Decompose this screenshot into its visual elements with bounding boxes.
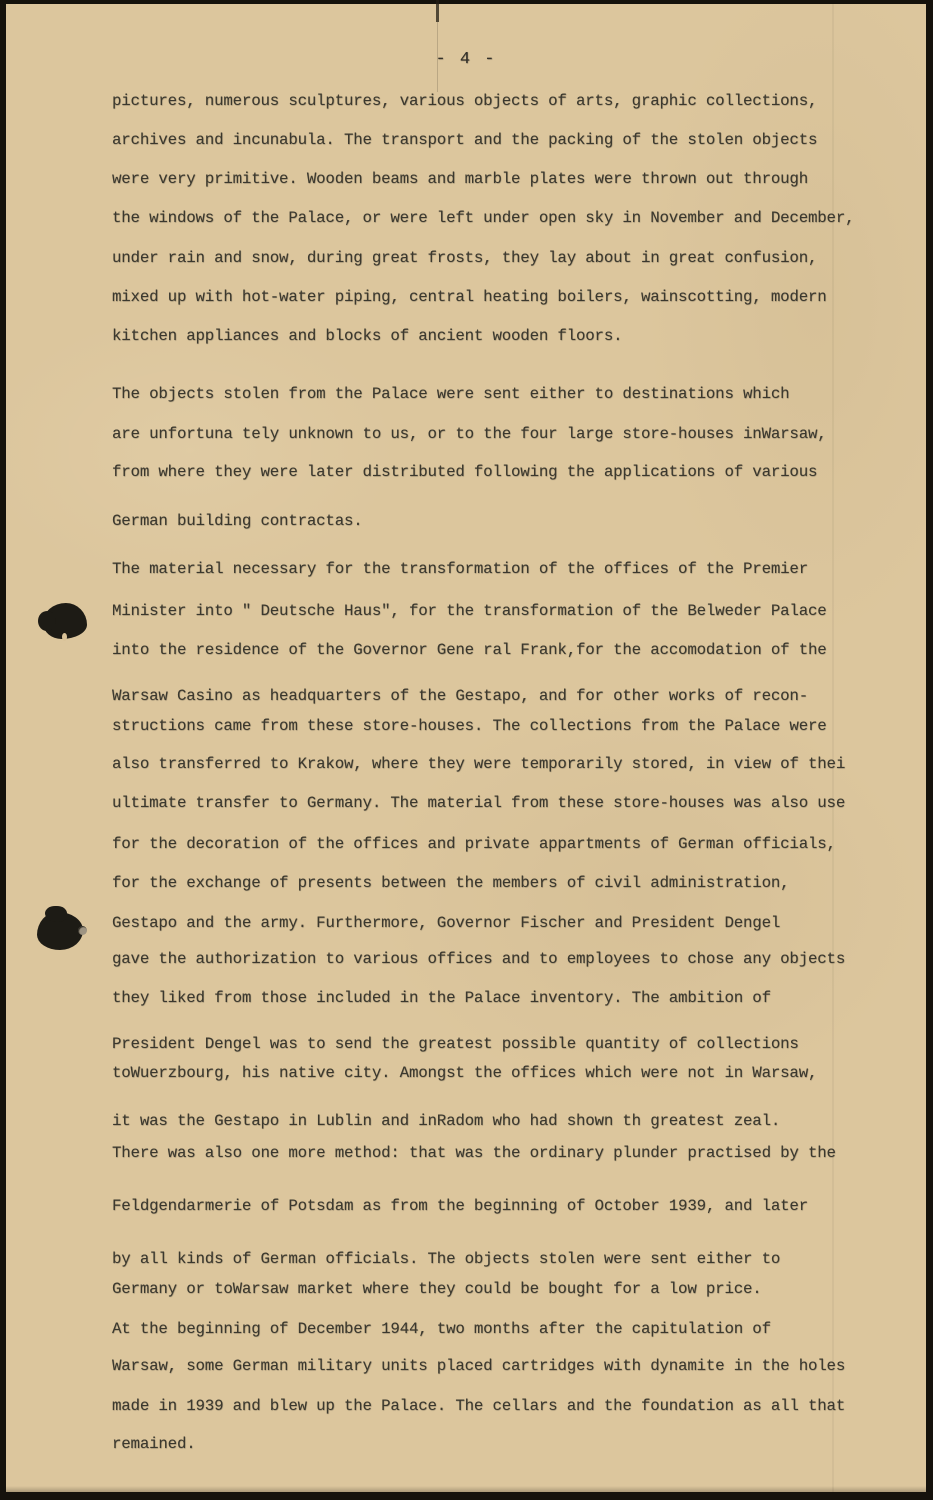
text-line: for the decoration of the offices and pr… [112, 835, 902, 853]
text-line: Feldgendarmerie of Potsdam as from the b… [112, 1197, 902, 1215]
document-text: pictures, numerous sculptures, various o… [6, 4, 926, 1492]
text-line: remained. [112, 1435, 902, 1453]
text-line: pictures, numerous sculptures, various o… [112, 92, 902, 110]
text-line: The material necessary for the transform… [112, 560, 902, 578]
ink-blot-bottom [37, 912, 83, 950]
text-line: were very primitive. Wooden beams and ma… [112, 170, 902, 188]
text-line: President Dengel was to send the greates… [112, 1035, 902, 1053]
text-line: toWuerzbourg, his native city. Amongst t… [112, 1064, 902, 1082]
document-page: - 4 - pictures, numerous sculptures, var… [6, 4, 926, 1492]
text-line: kitchen appliances and blocks of ancient… [112, 327, 902, 345]
text-line: the windows of the Palace, or were left … [112, 209, 902, 227]
text-line: gave the authorization to various office… [112, 950, 902, 968]
text-line: There was also one more method: that was… [112, 1144, 902, 1162]
text-line: Germany or toWarsaw market where they co… [112, 1280, 902, 1298]
text-line: it was the Gestapo in Lublin and inRadom… [112, 1112, 902, 1130]
text-line: made in 1939 and blew up the Palace. The… [112, 1397, 902, 1415]
scan-edge-shadow [6, 1486, 926, 1492]
text-line: mixed up with hot-water piping, central … [112, 288, 902, 306]
text-line: are unfortuna tely unknown to us, or to … [112, 425, 902, 443]
text-line: for the exchange of presents between the… [112, 874, 902, 892]
text-line: Warsaw Casino as headquarters of the Ges… [112, 687, 902, 705]
text-line: under rain and snow, during great frosts… [112, 249, 902, 267]
text-line: archives and incunabula. The transport a… [112, 131, 902, 149]
text-line: Minister into " Deutsche Haus", for the … [112, 602, 902, 620]
text-line: The objects stolen from the Palace were … [112, 385, 902, 403]
text-line: they liked from those included in the Pa… [112, 989, 902, 1007]
text-line: by all kinds of German officials. The ob… [112, 1250, 902, 1268]
text-line: structions came from these store-houses.… [112, 717, 902, 735]
ink-blot-top [43, 603, 87, 639]
text-line: into the residence of the Governor Gene … [112, 641, 902, 659]
text-line: Gestapo and the army. Furthermore, Gover… [112, 914, 902, 932]
text-line: also transferred to Krakow, where they w… [112, 755, 902, 773]
text-line: German building contractas. [112, 512, 902, 530]
text-line: Warsaw, some German military units place… [112, 1357, 902, 1375]
text-line: At the beginning of December 1944, two m… [112, 1320, 902, 1338]
text-line: from where they were later distributed f… [112, 463, 902, 481]
text-line: ultimate transfer to Germany. The materi… [112, 794, 902, 812]
